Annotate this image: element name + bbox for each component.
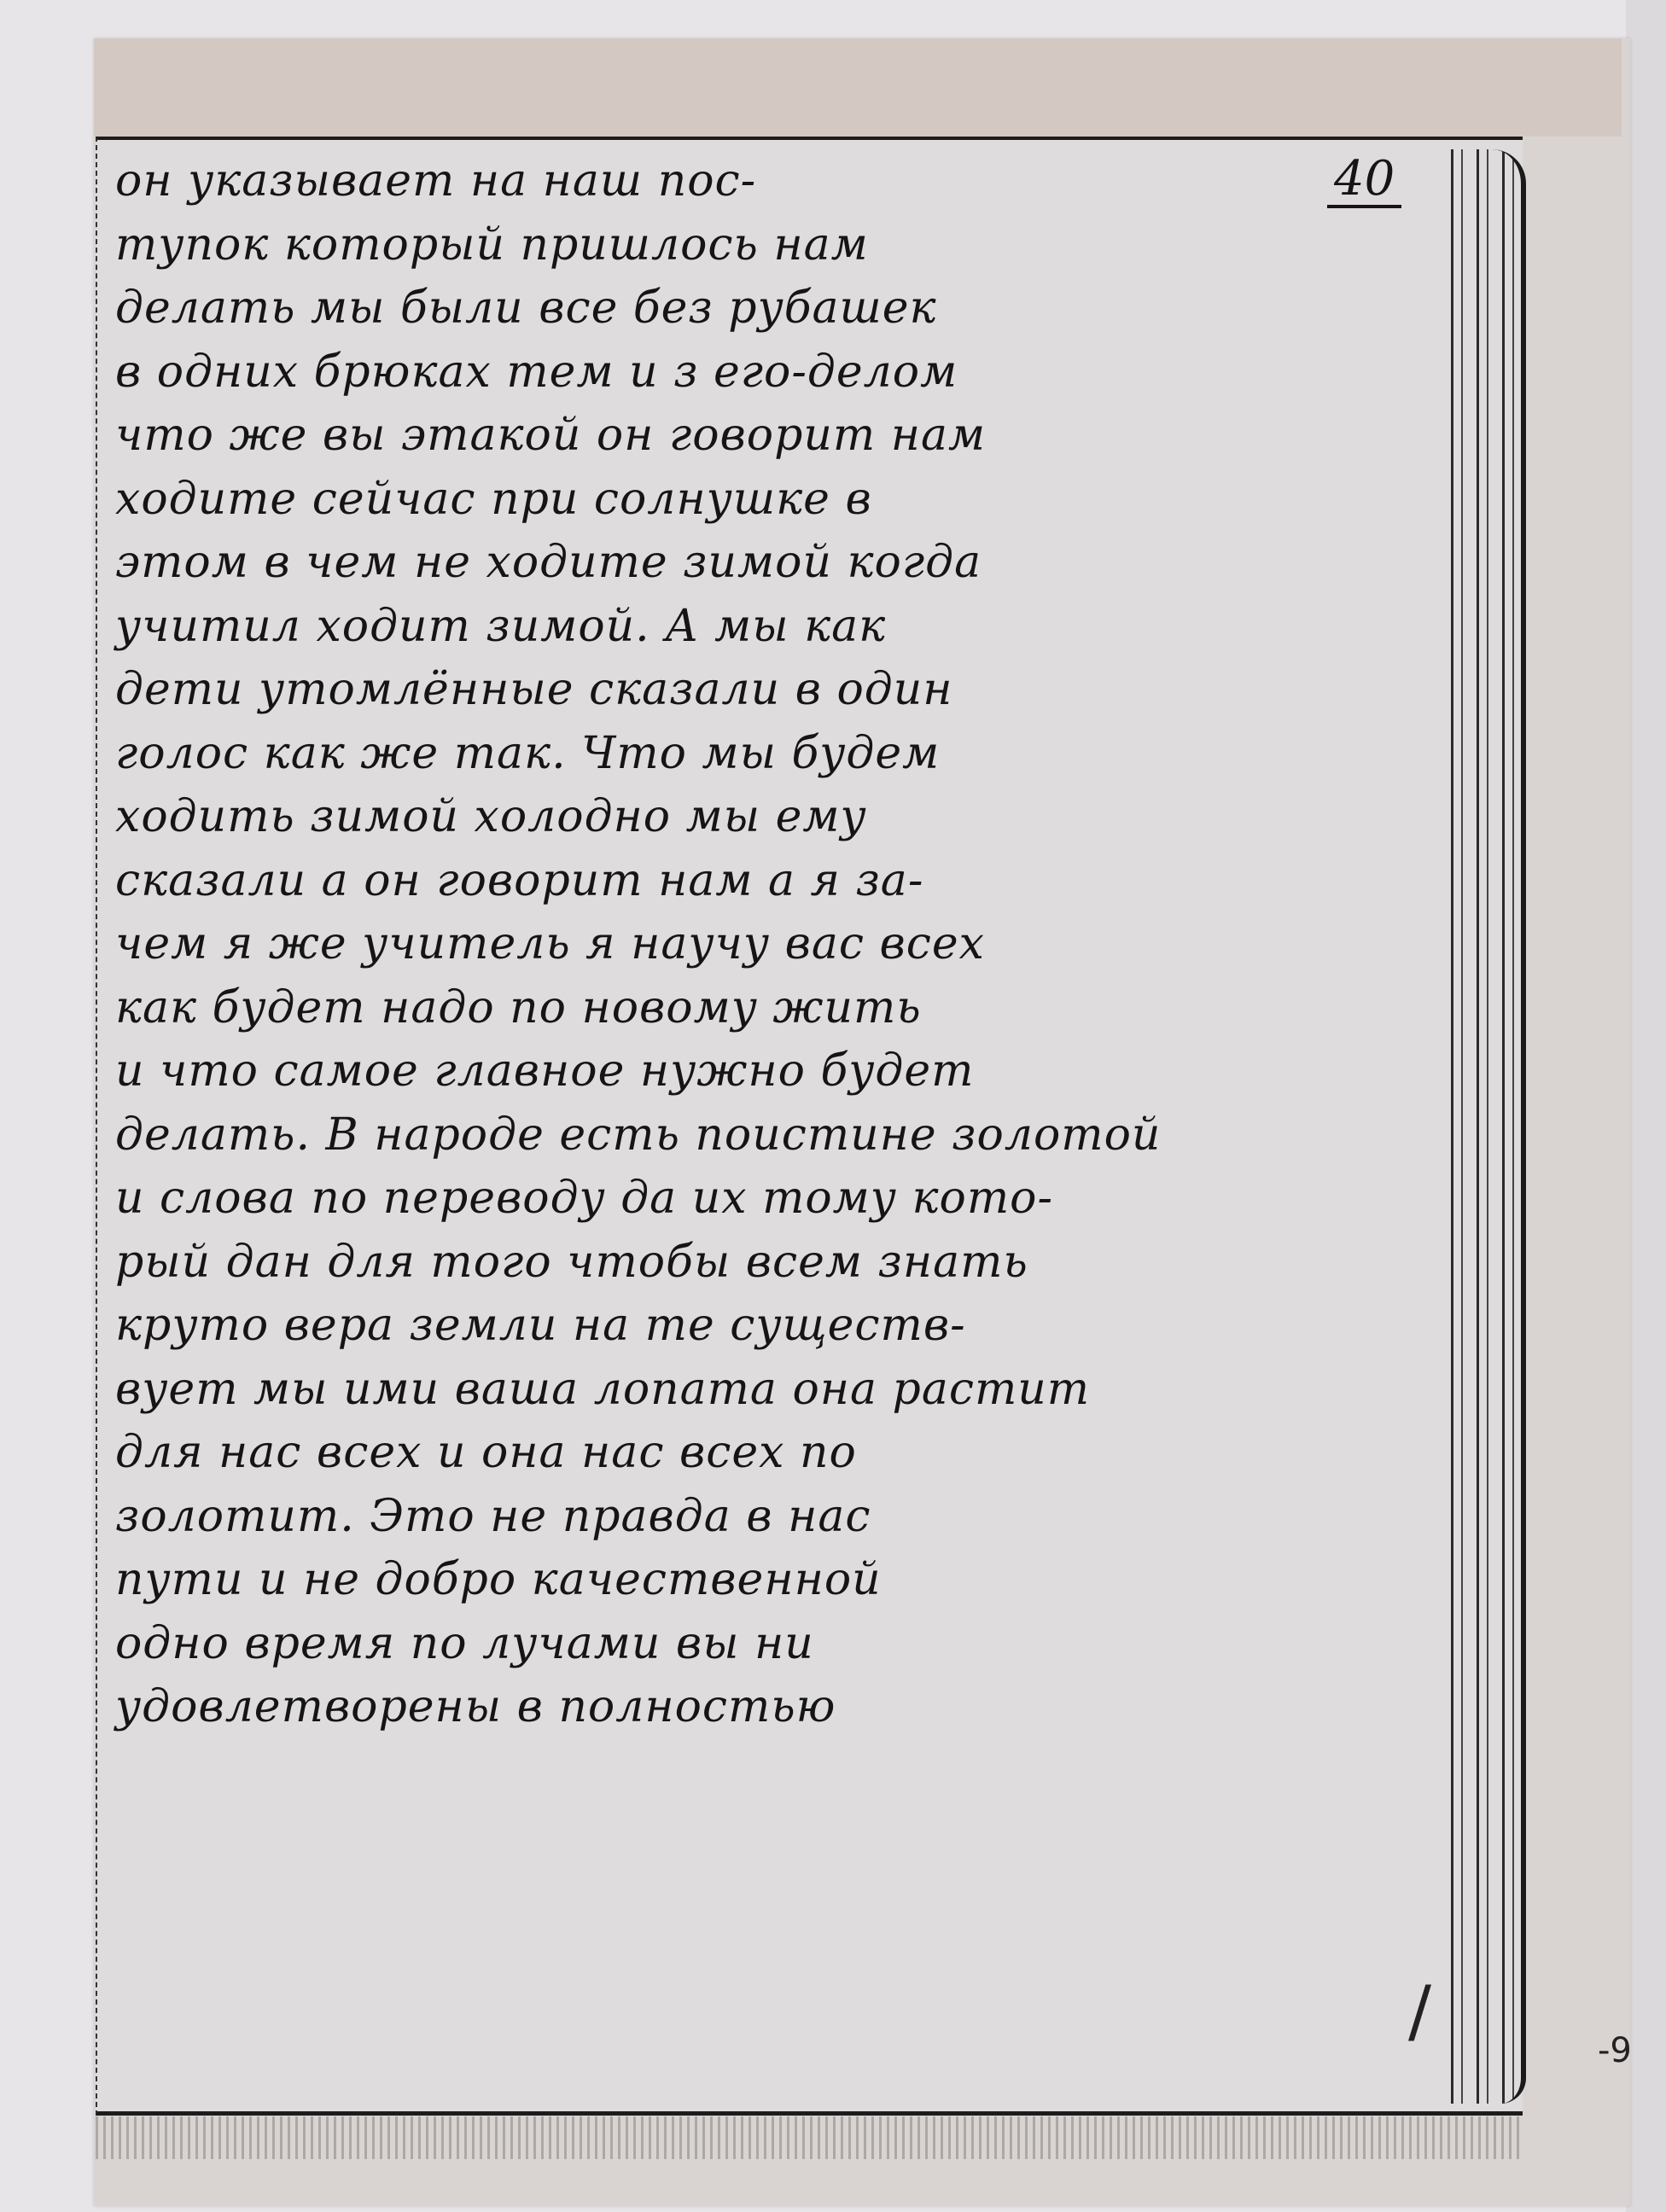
text-line: как будет надо по новому жить (115, 976, 1447, 1040)
paper-top-margin (94, 38, 1622, 137)
text-line: рый дан для того чтобы всем знать (115, 1231, 1447, 1295)
text-line: для нас всех и она нас всех по (115, 1421, 1447, 1485)
text-line: и что самое главное нужно будет (115, 1039, 1447, 1103)
text-line: сказали а он говорит нам а я за- (115, 849, 1447, 913)
text-line: одно время по лучами вы ни (115, 1612, 1447, 1676)
text-line: вует мы ими ваша лопата она растит (115, 1358, 1447, 1422)
text-line: этом в чем не ходите зимой когда (115, 531, 1447, 595)
text-line: в одних брюках тем и з его-делом (115, 341, 1447, 405)
end-slash-mark: / (1408, 1971, 1431, 2051)
text-line: чем я же учитель я научу вас всех (115, 912, 1447, 976)
text-line: голос как же так. Что мы будем (115, 722, 1447, 786)
text-line: удовлетворены в полностью (115, 1675, 1447, 1739)
text-line: дети утомлённые сказали в один (115, 658, 1447, 722)
text-line: тупок который пришлось нам (115, 213, 1447, 277)
text-line: делать мы были все без рубашек (115, 276, 1447, 341)
backdrop (1626, 0, 1666, 2212)
text-line: и слова по переводу да их тому кото- (115, 1167, 1447, 1231)
text-line: что же вы этакой он говорит нам (115, 404, 1447, 468)
text-line: учитил ходит зимой. А мы как (115, 595, 1447, 659)
text-line: он указывает на наш пос- (115, 149, 1447, 213)
text-line: ходить зимой холодно мы ему (115, 785, 1447, 849)
text-line: круто вера земли на те существ- (115, 1294, 1447, 1358)
photocopy-noise (96, 2116, 1521, 2159)
text-line: золотит. Это не правда в нас (115, 1485, 1447, 1549)
notebook-spine-edge (1444, 149, 1526, 2104)
text-line: делать. В народе есть поистине золотой (115, 1103, 1447, 1167)
text-line: пути и не добро качественной (115, 1548, 1447, 1612)
text-line: ходите сейчас при солнушке в (115, 468, 1447, 532)
margin-annotation: -9 (1598, 2031, 1632, 2070)
handwritten-text: он указывает на наш пос- тупок который п… (115, 149, 1447, 1739)
